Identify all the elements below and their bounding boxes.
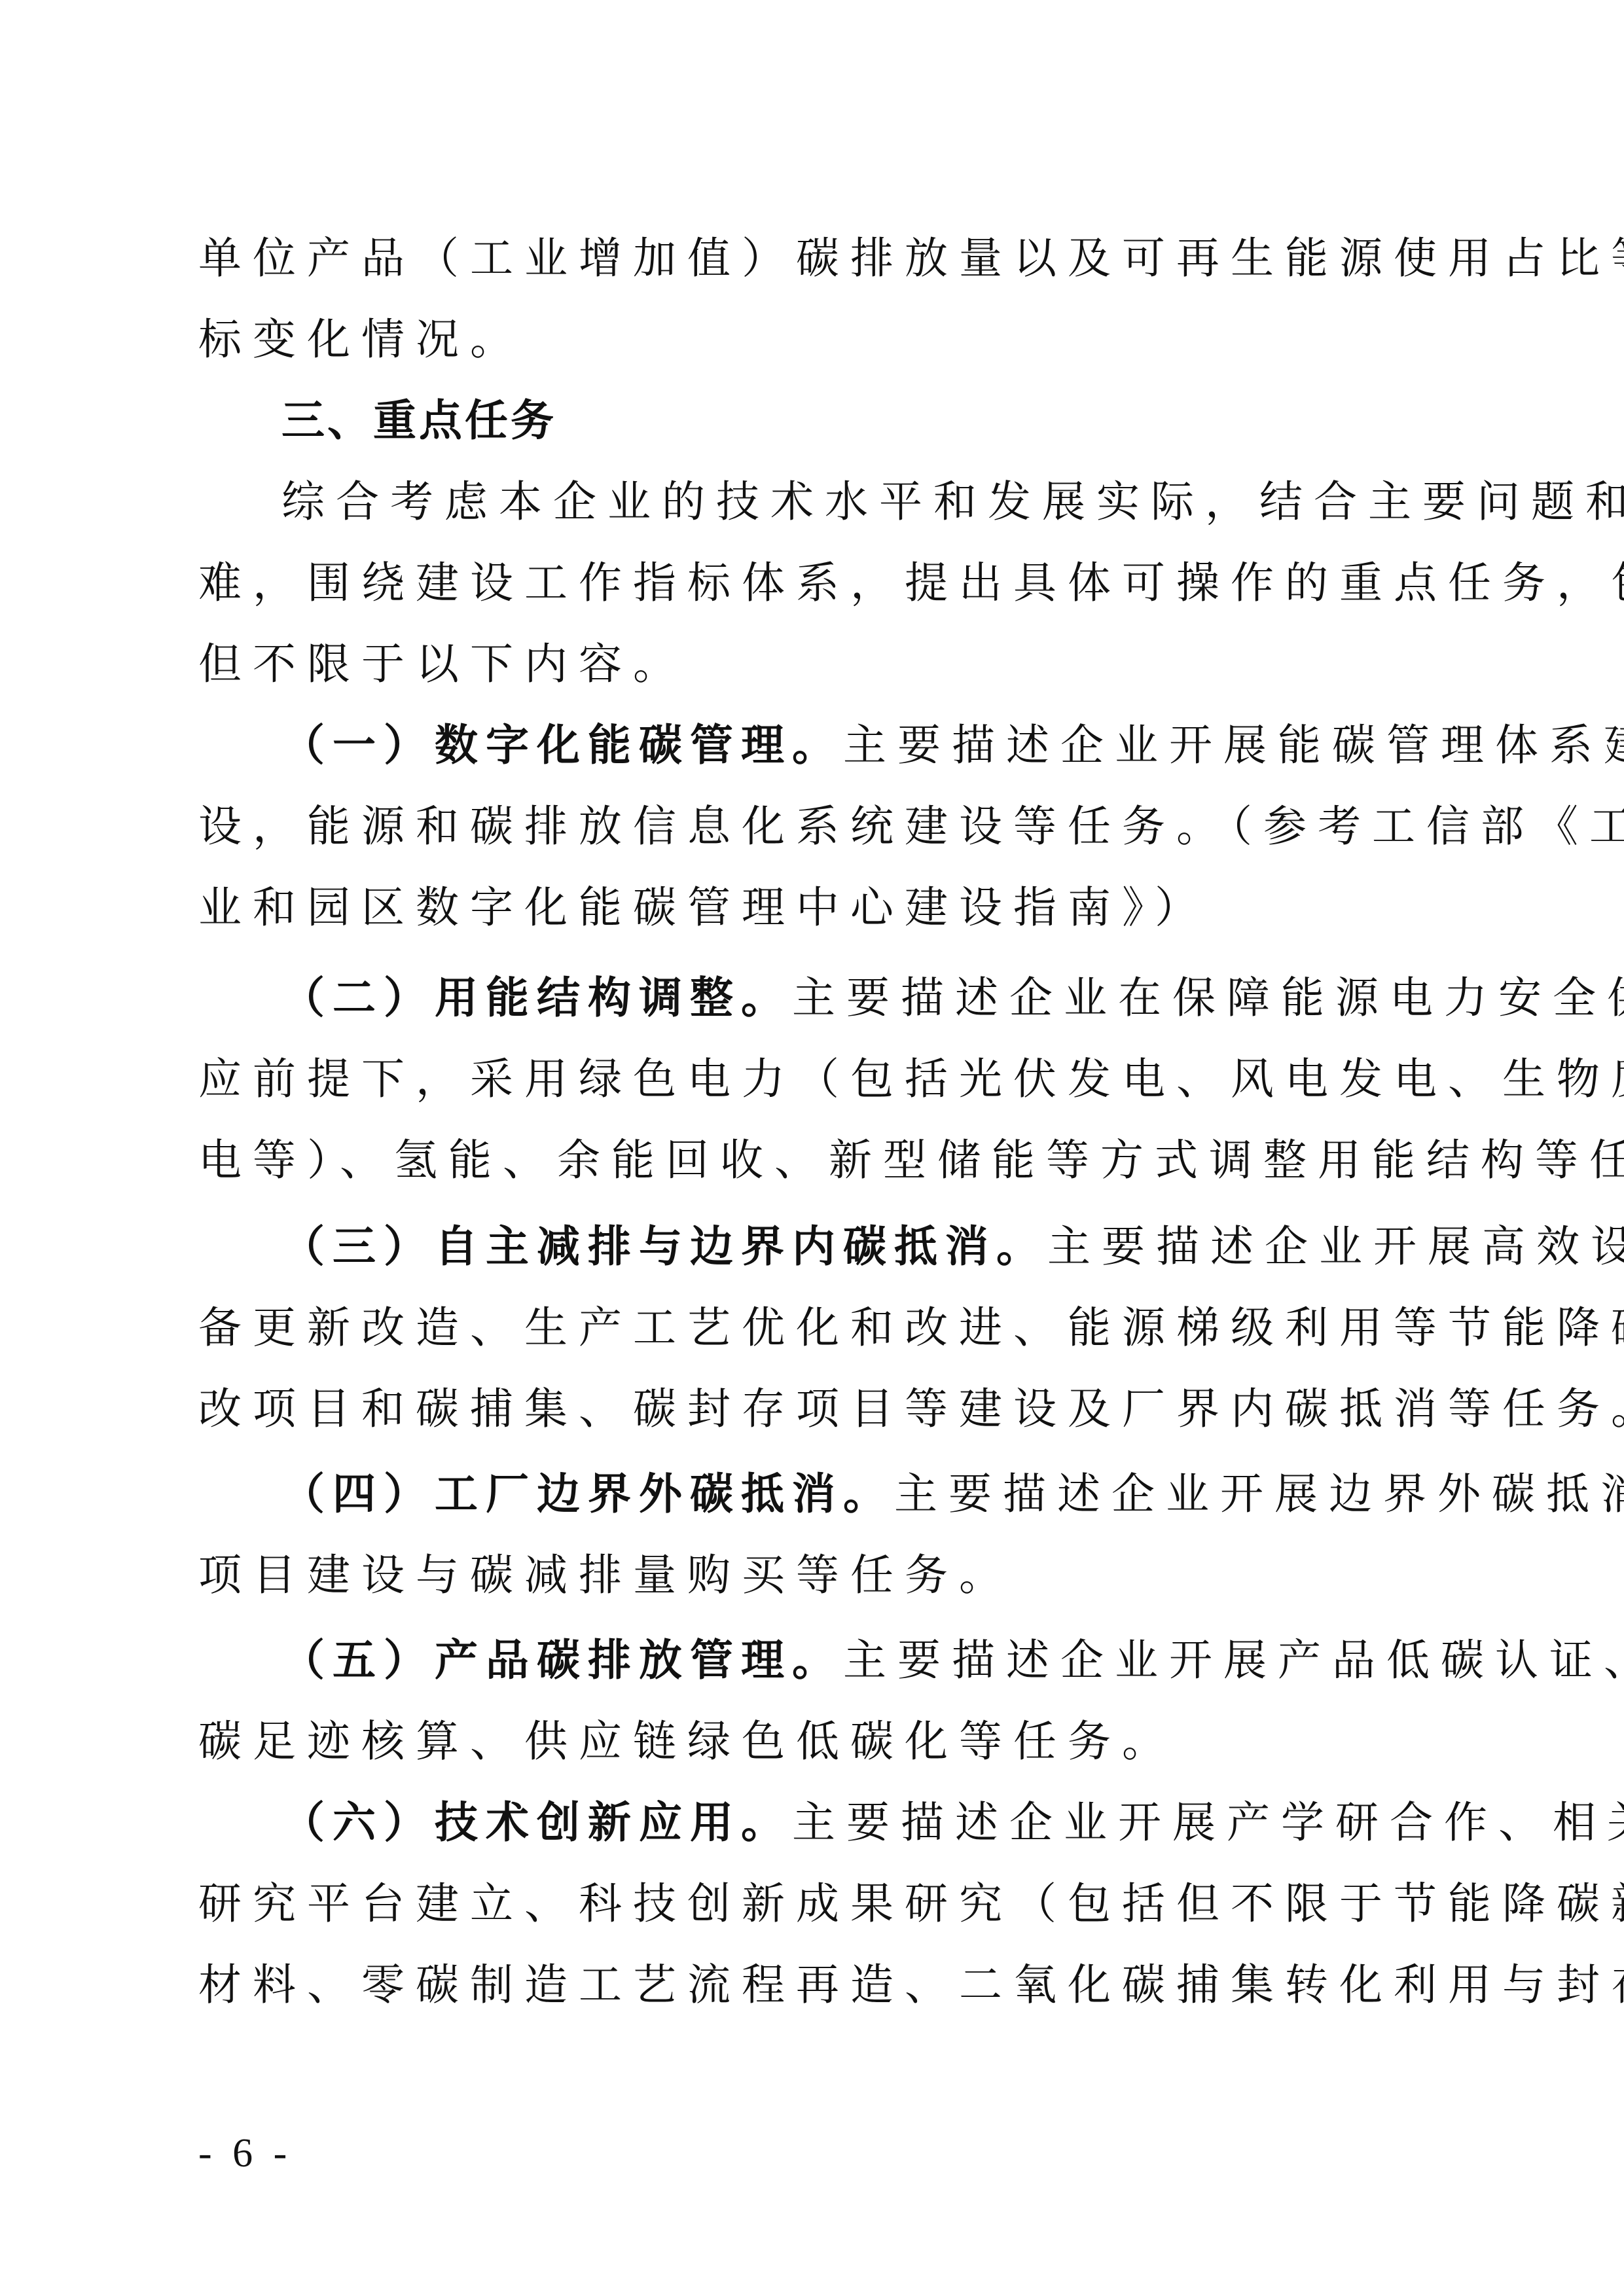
task-item-line: 设，能源和碳排放信息化系统建设等任务。（参考工信部《工业企 — [198, 797, 1442, 856]
task-item-4-first-line: （四）工厂边界外碳抵消。主要描述企业开展边界外碳抵消 — [281, 1465, 1525, 1524]
task-item-line: 材料、零碳制造工艺流程再造、二氧化碳捕集转化利用与封存等） — [198, 1956, 1442, 2015]
task-item-6-first-line: （六）技术创新应用。主要描述企业开展产学研合作、相关 — [281, 1793, 1525, 1852]
task-item-line: 电等）、氢能、余能回收、新型储能等方式调整用能结构等任务。 — [198, 1131, 1442, 1190]
task-item-title: （三）自主减排与边界内碳抵消。 — [281, 1221, 1047, 1272]
page-number: - 6 - — [198, 2127, 292, 2179]
task-item-text: 主要描述企业开展产品低碳认证、 — [843, 1635, 1624, 1685]
task-item-line: 研究平台建立、科技创新成果研究（包括但不限于节能降碳新型 — [198, 1874, 1442, 1933]
intro-line: 但不限于以下内容。 — [198, 635, 1442, 694]
task-item-title: （一）数字化能碳管理。 — [281, 720, 843, 770]
paragraph-line: 单位产品（工业增加值）碳排放量以及可再生能源使用占比等指 — [198, 229, 1442, 288]
task-item-line: 业和园区数字化能碳管理中心建设指南》） — [198, 878, 1442, 937]
task-item-text: 主要描述企业开展边界外碳抵消 — [894, 1469, 1624, 1519]
task-item-title: （二）用能结构调整。 — [281, 973, 792, 1023]
paragraph-line: 标变化情况。 — [198, 310, 1442, 369]
task-item-2-first-line: （二）用能结构调整。主要描述企业在保障能源电力安全供 — [281, 969, 1525, 1028]
task-item-title: （五）产品碳排放管理。 — [281, 1635, 843, 1685]
document-page: 单位产品（工业增加值）碳排放量以及可再生能源使用占比等指 标变化情况。 三、重点… — [0, 0, 1624, 2296]
task-item-text: 主要描述企业开展能碳管理体系建 — [843, 720, 1624, 770]
task-item-line: 改项目和碳捕集、碳封存项目等建设及厂界内碳抵消等任务。 — [198, 1380, 1442, 1439]
task-item-line: 备更新改造、生产工艺优化和改进、能源梯级利用等节能降碳技 — [198, 1299, 1442, 1357]
task-item-text: 主要描述企业在保障能源电力安全供 — [792, 973, 1624, 1023]
task-item-text: 主要描述企业开展高效设 — [1047, 1221, 1624, 1272]
task-item-text: 主要描述企业开展产学研合作、相关 — [792, 1797, 1624, 1848]
task-item-line: 碳足迹核算、供应链绿色低碳化等任务。 — [198, 1712, 1442, 1771]
task-item-3-first-line: （三）自主减排与边界内碳抵消。主要描述企业开展高效设 — [281, 1217, 1525, 1276]
intro-line: 难，围绕建设工作指标体系，提出具体可操作的重点任务，包括 — [198, 554, 1442, 613]
task-item-line: 项目建设与碳减排量购买等任务。 — [198, 1546, 1442, 1605]
task-item-title: （四）工厂边界外碳抵消。 — [281, 1469, 894, 1519]
task-item-title: （六）技术创新应用。 — [281, 1797, 792, 1848]
task-item-1-first-line: （一）数字化能碳管理。主要描述企业开展能碳管理体系建 — [281, 716, 1525, 775]
section-heading: 三、重点任务 — [281, 391, 1525, 450]
intro-line: 综合考虑本企业的技术水平和发展实际，结合主要问题和困 — [281, 473, 1525, 531]
task-item-line: 应前提下，采用绿色电力（包括光伏发电、风电发电、生物质发 — [198, 1050, 1442, 1109]
task-item-5-first-line: （五）产品碳排放管理。主要描述企业开展产品低碳认证、 — [281, 1631, 1525, 1690]
